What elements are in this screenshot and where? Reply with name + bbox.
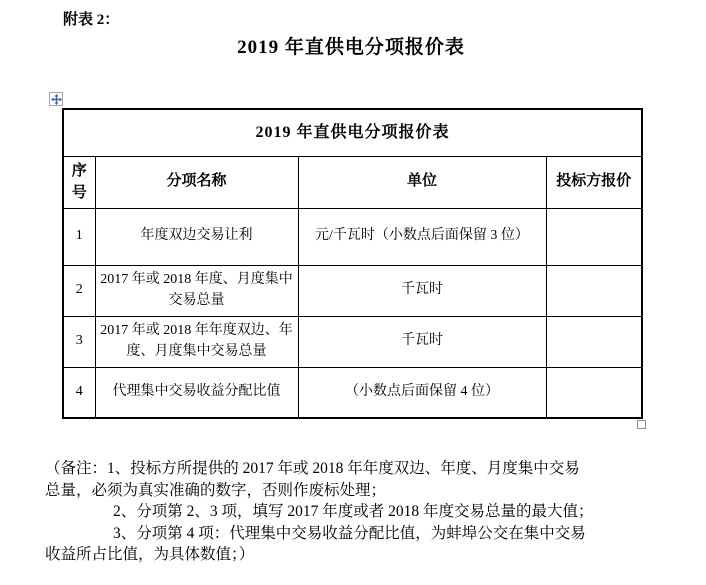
item-name-cell: 2017 年或 2018 年度、月度集中交易总量 — [95, 265, 298, 316]
bid-price-cell[interactable] — [546, 265, 642, 316]
header-serial-no: 序号 — [63, 156, 95, 208]
footnote-line: 3、分项第 4 项：代理集中交易收益分配比值，为蚌埠公交在集中交易 — [45, 523, 661, 545]
bid-price-cell[interactable] — [546, 367, 642, 418]
serial-no-cell: 4 — [63, 367, 95, 418]
item-name-cell: 代理集中交易收益分配比值 — [95, 367, 298, 418]
table-row: 1 年度双边交易让利 元/千瓦时（小数点后面保留 3 位） — [63, 208, 642, 265]
footnote: （备注：1、投标方所提供的 2017 年或 2018 年年度双边、年度、月度集中… — [45, 458, 661, 566]
item-name-cell: 年度双边交易让利 — [95, 208, 298, 265]
unit-cell: 千瓦时 — [298, 316, 546, 367]
footnote-line: （备注：1、投标方所提供的 2017 年或 2018 年年度双边、年度、月度集中… — [45, 458, 661, 480]
bid-price-cell[interactable] — [546, 316, 642, 367]
header-unit: 单位 — [298, 156, 546, 208]
quotation-table: 2019 年直供电分项报价表 序号 分项名称 单位 投标方报价 1 年度双边交易… — [62, 108, 643, 419]
table-row: 2 2017 年或 2018 年度、月度集中交易总量 千瓦时 — [63, 265, 642, 316]
move-arrows-icon — [51, 94, 62, 105]
footnote-line: 收益所占比值，为具体数值；） — [45, 544, 661, 566]
bid-price-cell[interactable] — [546, 208, 642, 265]
unit-cell: 千瓦时 — [298, 265, 546, 316]
unit-cell: 元/千瓦时（小数点后面保留 3 位） — [298, 208, 546, 265]
table-row: 4 代理集中交易收益分配比值 （小数点后面保留 4 位） — [63, 367, 642, 418]
header-bid-price: 投标方报价 — [546, 156, 642, 208]
item-name-cell: 2017 年或 2018 年年度双边、年度、月度集中交易总量 — [95, 316, 298, 367]
document-page: 附表 2： 2019 年直供电分项报价表 20 — [0, 0, 706, 585]
footnote-line: 2、分项第 2、3 项，填写 2017 年度或者 2018 年度交易总量的最大值… — [45, 501, 661, 523]
serial-no-cell: 3 — [63, 316, 95, 367]
page-title: 2019 年直供电分项报价表 — [45, 32, 657, 59]
table-resize-handle[interactable] — [637, 420, 646, 429]
serial-no-cell: 1 — [63, 208, 95, 265]
serial-no-cell: 2 — [63, 265, 95, 316]
appendix-label: 附表 2： — [63, 8, 119, 29]
table-move-handle[interactable] — [49, 92, 63, 106]
table-caption-row: 2019 年直供电分项报价表 — [63, 109, 642, 156]
table-row: 3 2017 年或 2018 年年度双边、年度、月度集中交易总量 千瓦时 — [63, 316, 642, 367]
table-header-row: 序号 分项名称 单位 投标方报价 — [63, 156, 642, 208]
unit-cell: （小数点后面保留 4 位） — [298, 367, 546, 418]
footnote-line: 总量，必须为真实准确的数字，否则作废标处理； — [45, 480, 661, 502]
table-caption: 2019 年直供电分项报价表 — [63, 109, 642, 156]
header-item-name: 分项名称 — [95, 156, 298, 208]
